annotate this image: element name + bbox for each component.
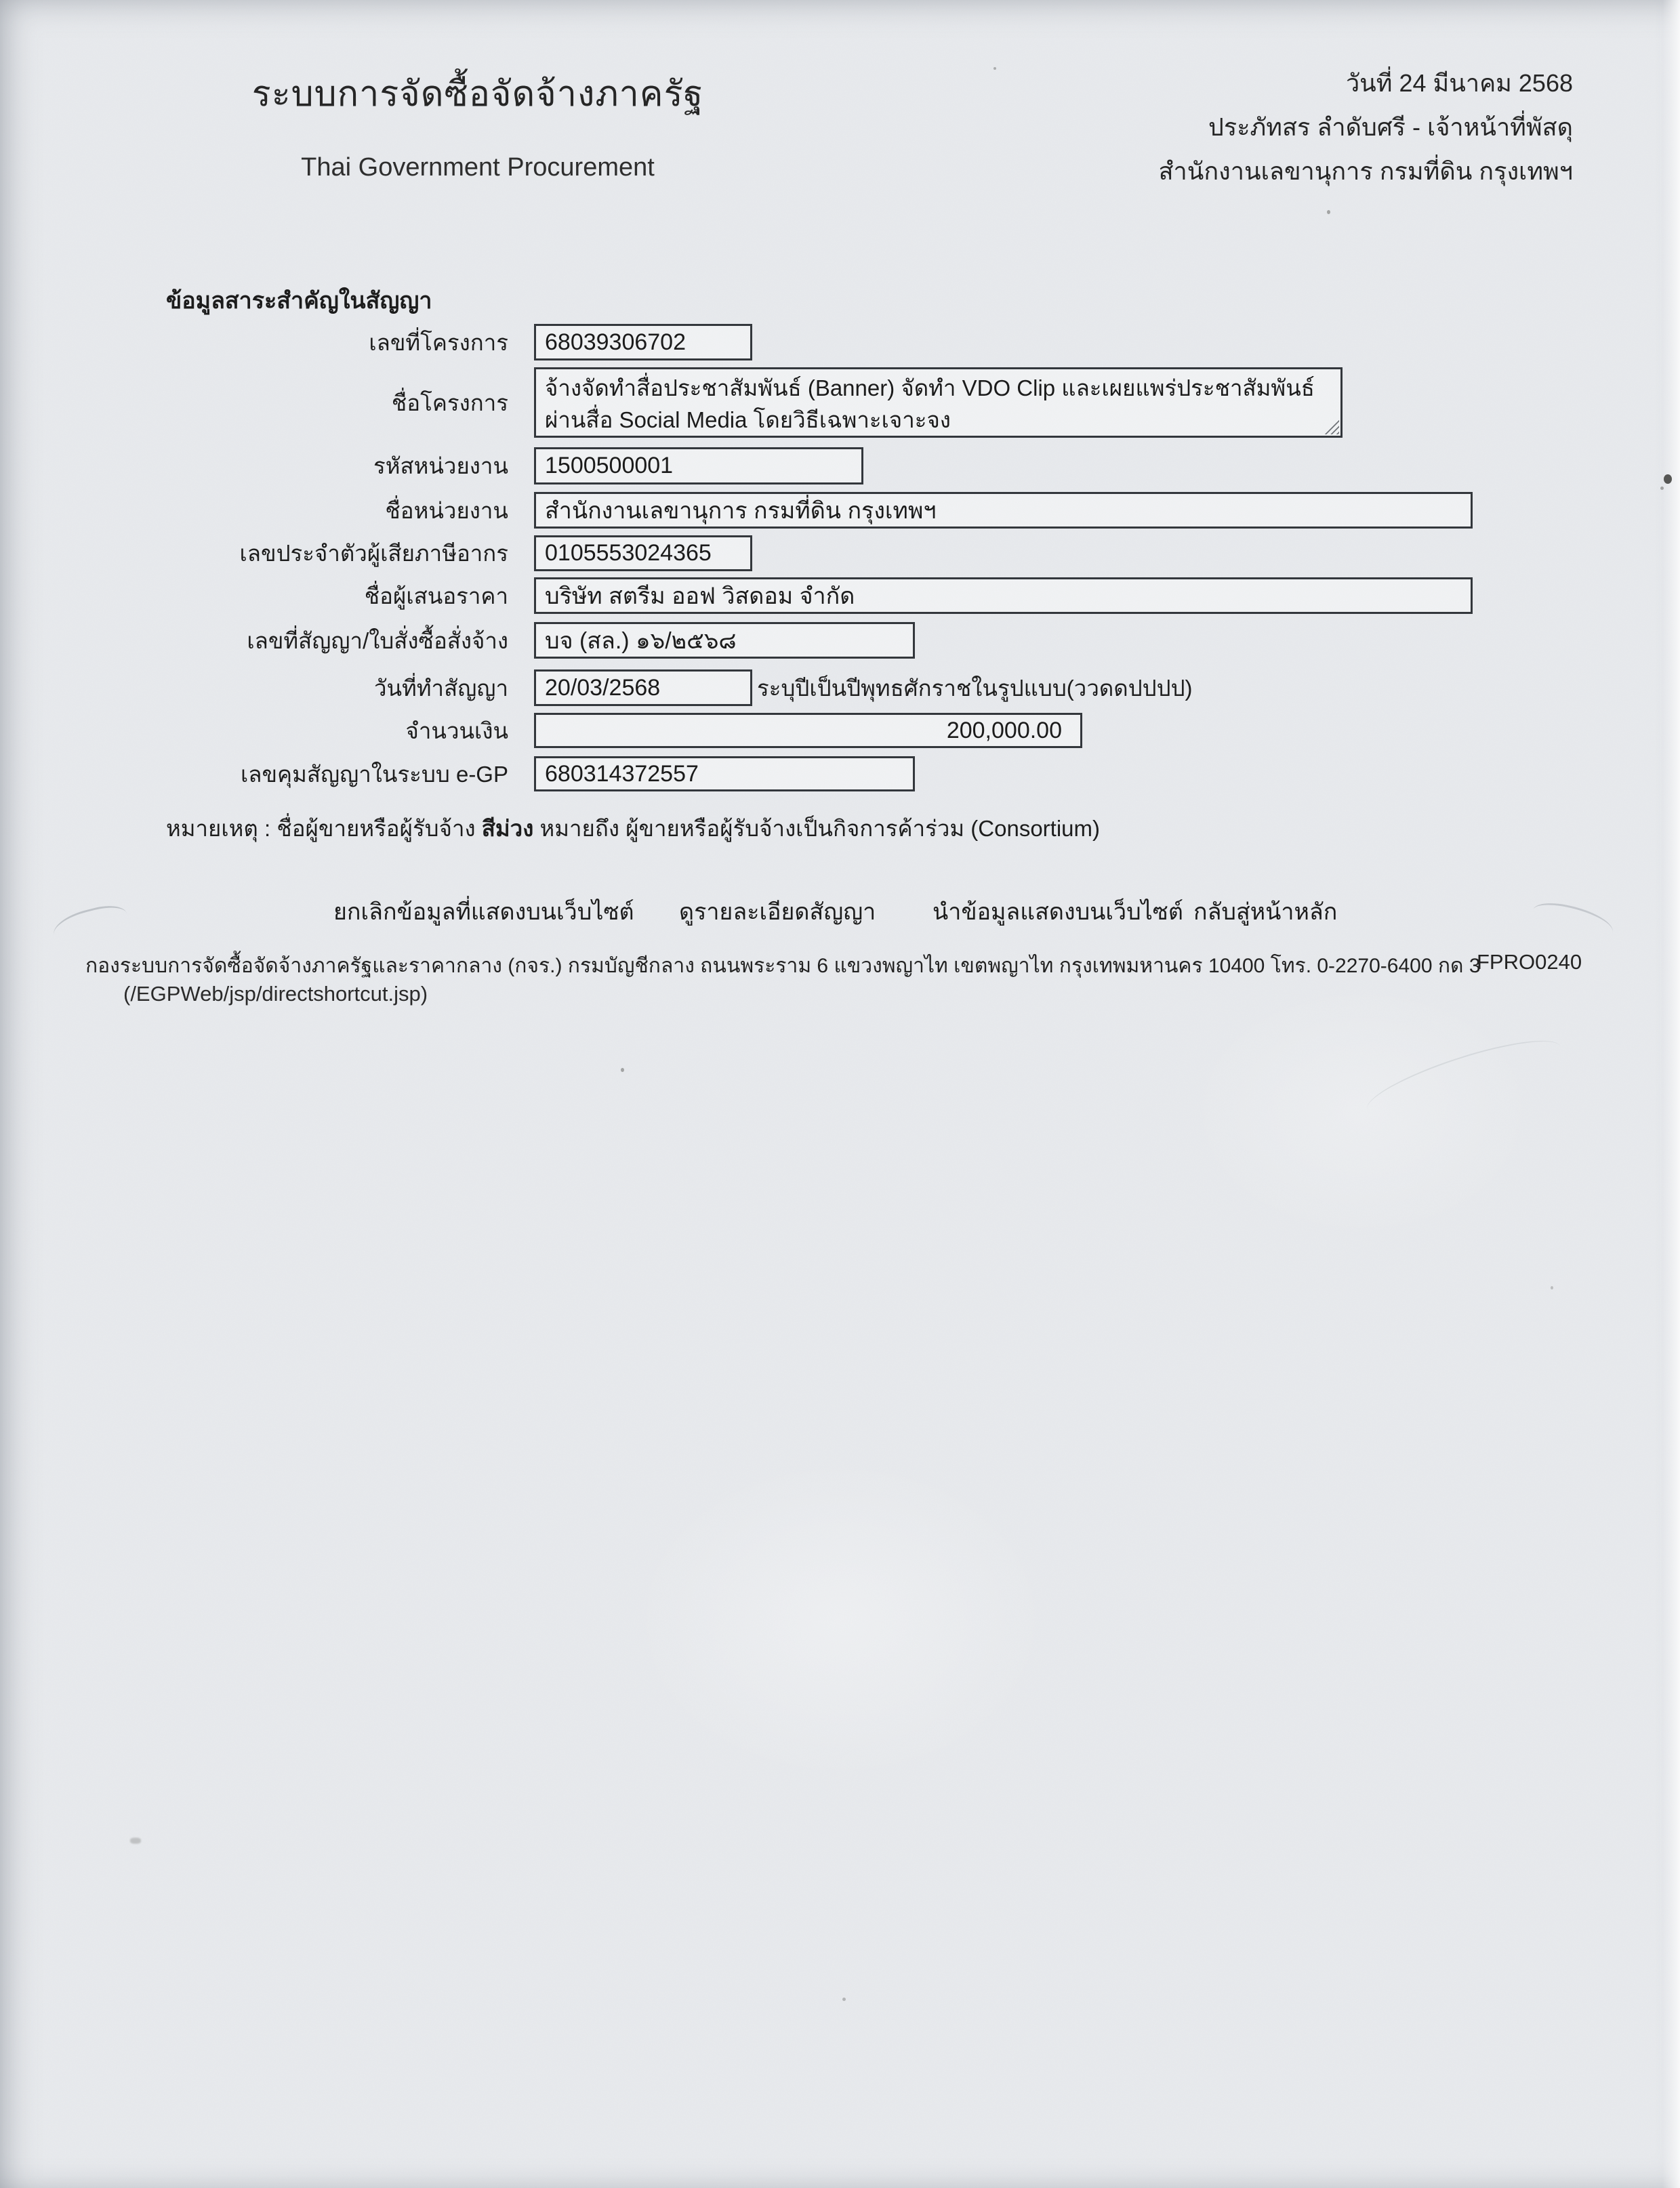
- consortium-note: หมายเหตุ : ชื่อผู้ขายหรือผู้รับจ้าง สีม่…: [166, 810, 1100, 846]
- field-row-contract-date: วันที่ทำสัญญา 20/03/2568 ระบุปีเป็นปีพุท…: [102, 669, 1593, 706]
- amount-input[interactable]: 200,000.00: [534, 713, 1082, 748]
- project-name-textarea[interactable]: จ้างจัดทำสื่อประชาสัมพันธ์ (Banner) จัดท…: [534, 367, 1343, 438]
- agency-name-input[interactable]: สำนักงานเลขานุการ กรมที่ดิน กรุงเทพฯ: [534, 492, 1473, 529]
- cancel-publish-link[interactable]: ยกเลิกข้อมูลที่แสดงบนเว็บไซต์: [333, 893, 634, 930]
- user-organization: สำนักงานเลขานุการ กรมที่ดิน กรุงเทพฯ: [1159, 149, 1573, 193]
- bidder-name-input[interactable]: บริษัท สตรีม ออฟ วิสดอม จำกัด: [534, 577, 1473, 614]
- back-to-home-link[interactable]: กลับสู่หน้าหลัก: [1193, 893, 1337, 930]
- contract-date-input[interactable]: 20/03/2568: [534, 669, 752, 706]
- contract-no-label: เลขที่สัญญา/ใบสั่งซื้อสั่งจ้าง: [102, 622, 508, 659]
- footer-address-line: กองระบบการจัดซื้อจัดจ้างภาครัฐและราคากลา…: [85, 950, 1481, 982]
- ink-speck: [842, 1998, 846, 2001]
- user-info-block: วันที่ 24 มีนาคม 2568 ประภัทสร ลำดับศรี …: [1159, 61, 1573, 193]
- bidder-name-label: ชื่อผู้เสนอราคา: [102, 577, 508, 614]
- project-name-label: ชื่อโครงการ: [102, 367, 508, 438]
- contract-no-input[interactable]: บจ (สล.) ๑๖/๒๕๖๘: [534, 622, 915, 659]
- view-contract-detail-link[interactable]: ดูรายละเอียดสัญญา: [679, 893, 876, 930]
- form-code: FPRO0240: [1477, 950, 1582, 974]
- ink-speck: [621, 1068, 624, 1072]
- tax-id-input[interactable]: 0105553024365: [534, 535, 752, 571]
- project-name-text: จ้างจัดทำสื่อประชาสัมพันธ์ (Banner) จัดท…: [545, 373, 1332, 436]
- ink-speck: [1327, 210, 1330, 214]
- field-row-contract-no: เลขที่สัญญา/ใบสั่งซื้อสั่งจ้าง บจ (สล.) …: [102, 622, 1593, 659]
- egp-control-no-input[interactable]: 680314372557: [534, 756, 915, 791]
- app-title-english: Thai Government Procurement: [241, 153, 715, 182]
- publish-data-link[interactable]: นำข้อมูลแสดงบนเว็บไซต์: [933, 893, 1183, 930]
- note-suffix: หมายถึง ผู้ขายหรือผู้รับจ้างเป็นกิจการค้…: [533, 816, 1100, 841]
- field-row-project-name: ชื่อโครงการ จ้างจัดทำสื่อประชาสัมพันธ์ (…: [102, 367, 1593, 438]
- section-title: ข้อมูลสาระสำคัญในสัญญา: [166, 282, 432, 318]
- paper-crease: [1361, 1027, 1567, 1130]
- tax-id-label: เลขประจำตัวผู้เสียภาษีอากร: [102, 535, 508, 571]
- contract-date-format-hint: ระบุปีเป็นปีพุทธศักราชในรูปแบบ(ววดดปปปป): [757, 669, 1193, 706]
- paper-smudge: [130, 1838, 141, 1844]
- paper-sheen: [630, 1457, 1050, 1782]
- egp-control-no-label: เลขคุมสัญญาในระบบ e-GP: [102, 756, 508, 791]
- app-title-thai: ระบบการจัดซื้อจัดจ้างภาครัฐ: [241, 65, 715, 121]
- scanned-procurement-page: ระบบการจัดซื้อจัดจ้างภาครัฐ Thai Governm…: [0, 0, 1680, 2188]
- amount-label: จำนวนเงิน: [102, 713, 508, 748]
- field-row-amount: จำนวนเงิน 200,000.00: [102, 713, 1593, 748]
- ink-speck: [1660, 487, 1664, 490]
- field-row-project-no: เลขที่โครงการ 68039306702: [102, 324, 1593, 360]
- project-no-label: เลขที่โครงการ: [102, 324, 508, 360]
- note-prefix: หมายเหตุ : ชื่อผู้ขายหรือผู้รับจ้าง: [166, 816, 482, 841]
- contract-date-label: วันที่ทำสัญญา: [102, 669, 508, 706]
- footer-url-path: (/EGPWeb/jsp/directshortcut.jsp): [123, 982, 428, 1006]
- ink-speck: [1664, 474, 1672, 484]
- agency-code-input[interactable]: 1500500001: [534, 447, 863, 484]
- paper-sheen: [1186, 983, 1538, 1240]
- field-row-tax-id: เลขประจำตัวผู้เสียภาษีอากร 0105553024365: [102, 535, 1593, 571]
- user-name-role: ประภัทสร ลำดับศรี - เจ้าหน้าที่พัสดุ: [1159, 105, 1573, 149]
- scan-edge-highlight: [1662, 0, 1680, 2188]
- field-row-bidder-name: ชื่อผู้เสนอราคา บริษัท สตรีม ออฟ วิสดอม …: [102, 577, 1593, 614]
- action-links-row: ยกเลิกข้อมูลที่แสดงบนเว็บไซต์ ดูรายละเอี…: [0, 893, 1680, 926]
- note-purple-keyword: สีม่วง: [482, 816, 534, 841]
- agency-code-label: รหัสหน่วยงาน: [102, 447, 508, 484]
- field-row-egp-control-no: เลขคุมสัญญาในระบบ e-GP 680314372557: [102, 756, 1593, 791]
- ink-speck: [993, 67, 996, 70]
- field-row-agency-name: ชื่อหน่วยงาน สำนักงานเลขานุการ กรมที่ดิน…: [102, 492, 1593, 529]
- agency-name-label: ชื่อหน่วยงาน: [102, 492, 508, 529]
- project-no-input[interactable]: 68039306702: [534, 324, 752, 360]
- field-row-agency-code: รหัสหน่วยงาน 1500500001: [102, 447, 1593, 484]
- print-date: วันที่ 24 มีนาคม 2568: [1159, 61, 1573, 105]
- ink-speck: [1551, 1286, 1553, 1289]
